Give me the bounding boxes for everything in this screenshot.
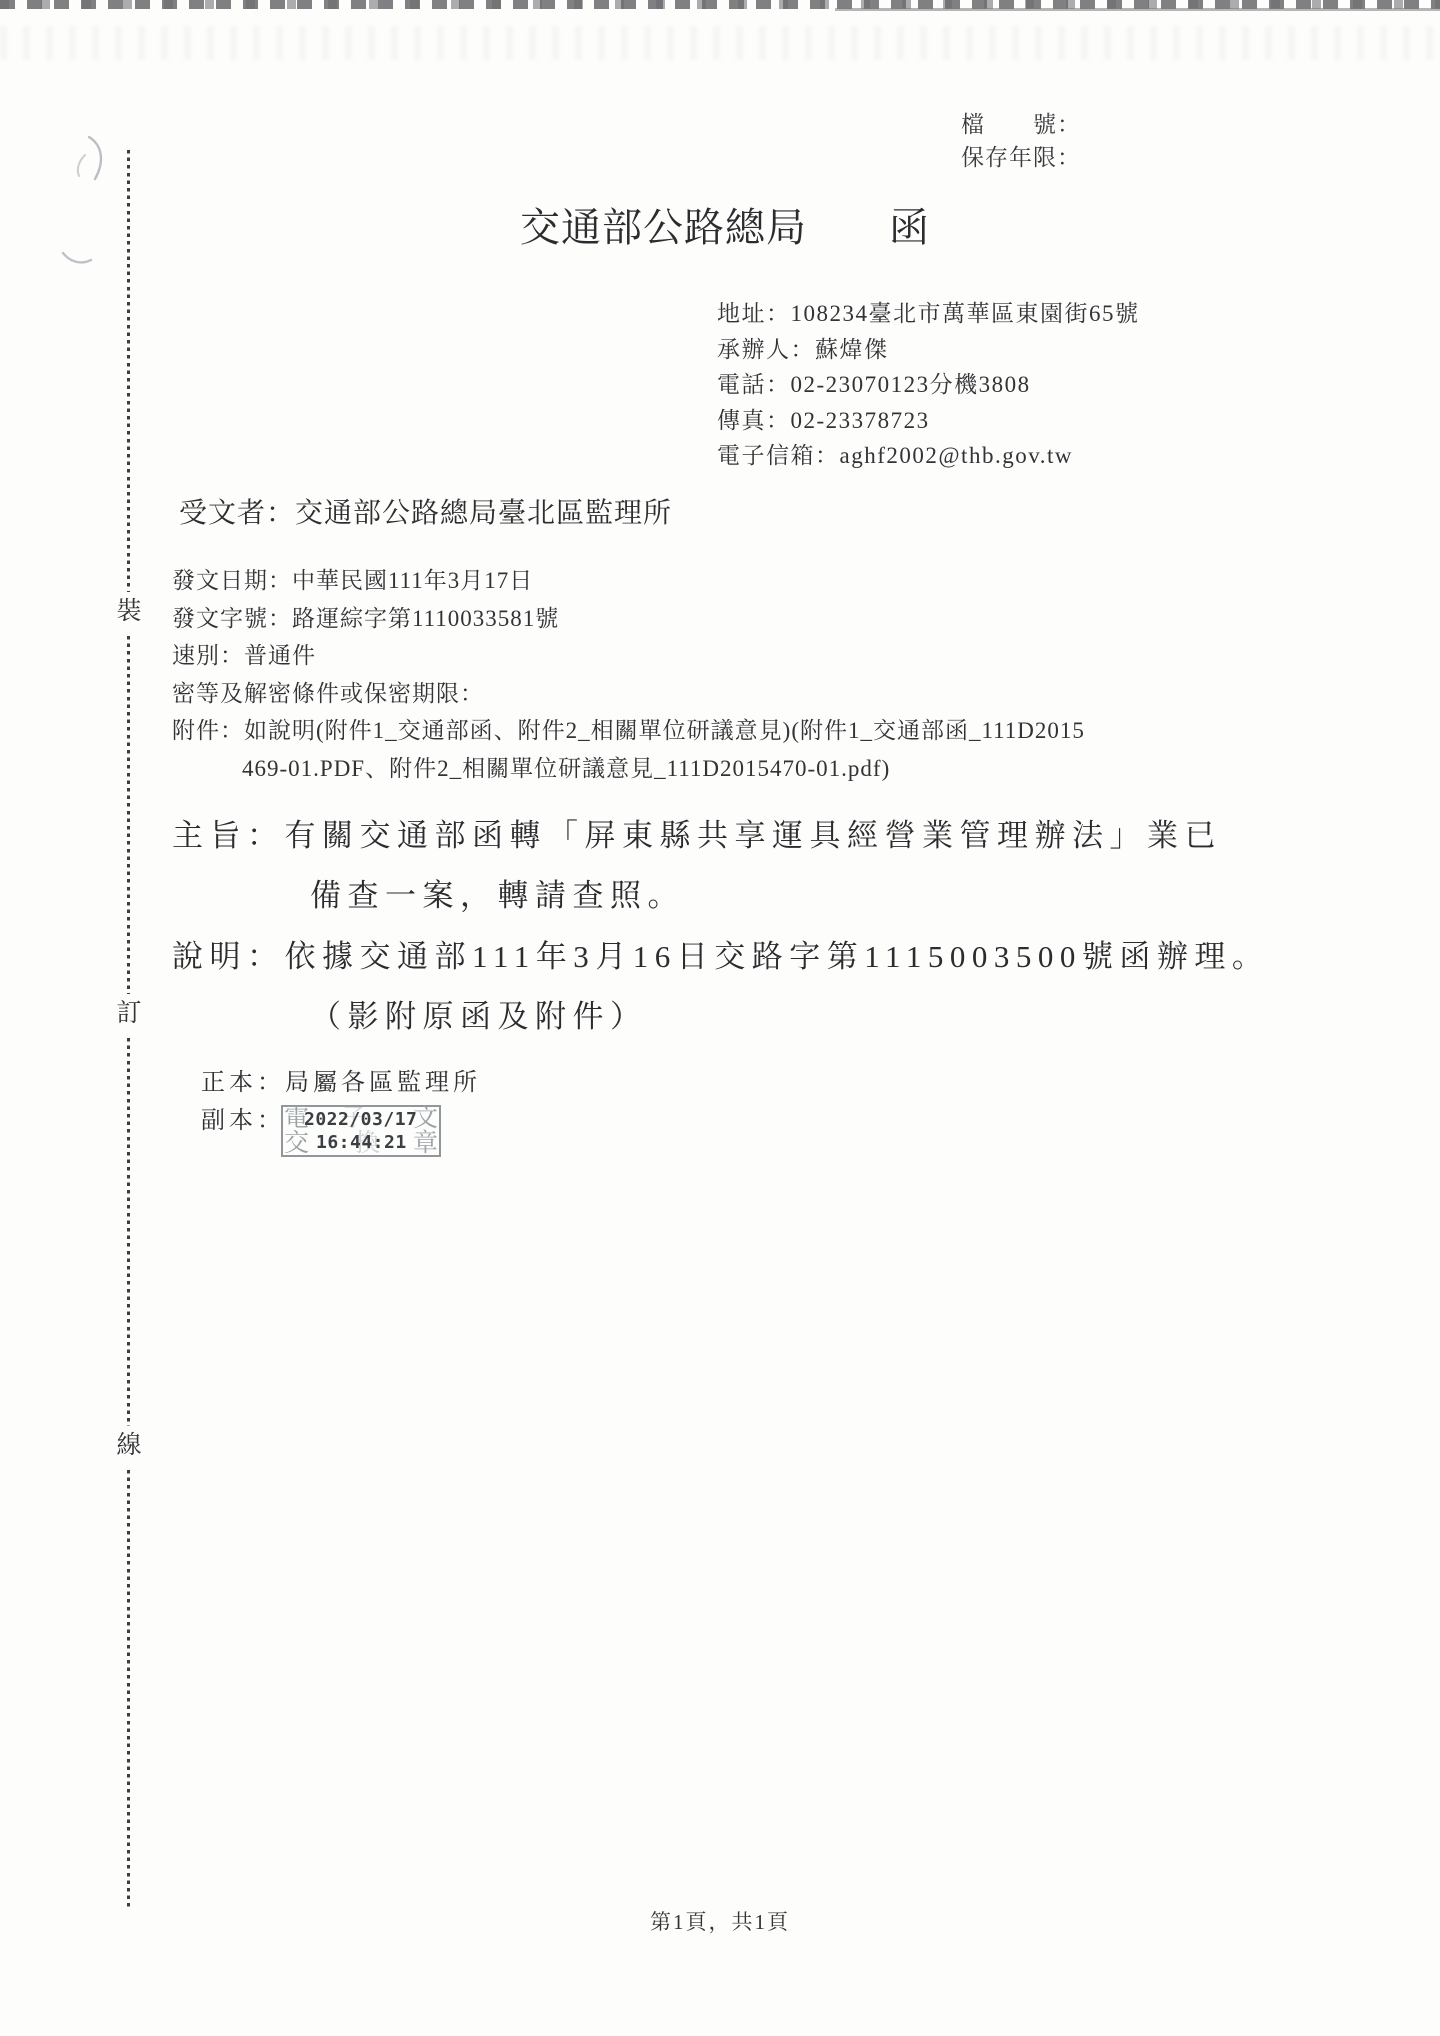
retention-period-label: 保存年限： [961,141,1081,174]
stamp-date: 2022/03/17 [304,1108,417,1132]
document-meta-block: 發文日期：中華民國111年3月17日 發文字號：路運綜字第1110033581號… [172,562,1085,787]
issue-date-line: 發文日期：中華民國111年3月17日 [172,562,1085,600]
binding-dotted-line [127,150,130,592]
recipient-line: 受文者：交通部公路總局臺北區監理所 [179,492,672,536]
binding-dotted-line [127,1470,130,1908]
sender-email: 電子信箱：aghf2002@thb.gov.tw [717,438,1140,474]
filing-labels: 檔 號： 保存年限： [961,108,1081,174]
original-copy-line: 正本：局屬各區監理所 [201,1064,481,1102]
document-title: 交通部公路總局 函 [520,203,930,253]
scan-artifact-top-line [835,8,1440,11]
description-line-1: 說明：依據交通部111年3月16日交路字第1115003500號函辦理。 [172,927,1269,987]
electronic-exchange-stamp: 電 文 交 章 子 換 2022/03/17 16:44:21 [281,1105,441,1157]
page-number-footer: 第1頁，共1頁 [0,1906,1440,1936]
sender-contact-block: 地址：108234臺北市萬華區東園街65號 承辦人：蘇煒傑 電話：02-2307… [717,296,1140,474]
doc-number-line: 發文字號：路運綜字第1110033581號 [172,600,1085,638]
binding-dotted-line [127,636,130,994]
sender-phone: 電話：02-23070123分機3808 [717,367,1140,403]
stamp-char-jiao: 交 [284,1131,309,1156]
binding-mark-xian: 線 [112,1428,146,1464]
binding-dotted-line [127,1038,130,1426]
sender-fax: 傳真：02-23378723 [717,403,1140,439]
binding-mark-zhuang: 裝 [112,594,146,630]
speed-class-line: 速別：普通件 [172,637,1085,675]
security-class-line: 密等及解密條件或保密期限： [172,675,1085,713]
attachment-line-1: 附件：如說明(附件1_交通部函、附件2_相關單位研議意見)(附件1_交通部函_1… [172,712,1085,750]
sender-address: 地址：108234臺北市萬華區東園街65號 [717,296,1140,332]
subject-line-1: 主旨：有關交通部函轉「屏東縣共享運具經營業管理辦法」業已 [172,806,1222,866]
subject-line-2: 備查一案，轉請查照。 [172,866,1222,926]
binding-mark-ding: 訂 [112,996,146,1032]
scanned-official-letter: 裝 訂 線 檔 號： 保存年限： 交通部公路總局 函 地址：108234臺北市萬… [0,0,1440,2036]
subject-block: 主旨：有關交通部函轉「屏東縣共享運具經營業管理辦法」業已 備查一案，轉請查照。 [172,806,1222,926]
stamp-char-zhang: 章 [413,1131,438,1156]
description-block: 說明：依據交通部111年3月16日交路字第1115003500號函辦理。 （影附… [172,927,1269,1047]
pen-scribble-marks [55,125,150,295]
file-number-label: 檔 號： [961,108,1081,141]
attachment-line-2: 469-01.PDF、附件2_相關單位研議意見_111D2015470-01.p… [172,750,1085,788]
scan-artifact-smudge [0,26,1440,60]
sender-contact-person: 承辦人：蘇煒傑 [717,332,1140,368]
description-line-2: （影附原函及附件） [172,987,1269,1047]
stamp-time: 16:44:21 [316,1131,407,1155]
